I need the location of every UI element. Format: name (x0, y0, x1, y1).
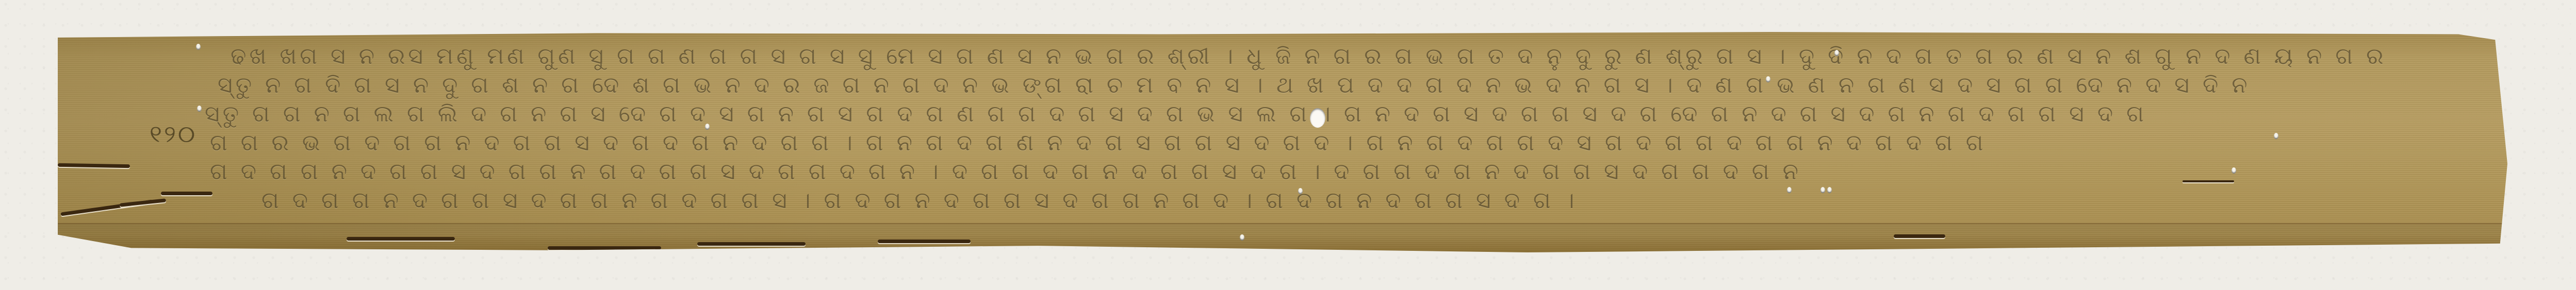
manuscript-text: ଢଖ ଖଗ ସ ନ ରସ ମଣୁ ମଣ ଗୁଣ ସୁ ଗ ଗ ଣ ଗ ଗ ସ ଗ… (189, 42, 2433, 215)
leaf-damage (548, 246, 661, 250)
leaf-damage (878, 240, 971, 243)
worm-hole (2232, 167, 2236, 174)
worm-hole (197, 106, 202, 112)
worm-hole (1240, 234, 1244, 241)
worm-hole (1827, 187, 1832, 193)
worm-hole (1834, 50, 1839, 56)
leaf-damage (2183, 180, 2234, 182)
worm-hole (1787, 187, 1792, 193)
leaf-damage (161, 192, 212, 195)
text-line: ଢଖ ଖଗ ସ ନ ରସ ମଣୁ ମଣ ଗୁଣ ସୁ ଗ ଗ ଣ ଗ ଗ ସ ଗ… (231, 42, 2433, 71)
text-line: ଗ ଦ ଗ ଗ ନ ଦ ଗ ଗ ସ ଦ ଗ ଗ ନ ଗ ଦ ଗ ଗ ସ । ଗ … (261, 186, 2433, 215)
text-line: ସ୍ତୁ ନ ଗ ଦି ଗ ସ ନ ଦୁ ଗ ଶ ନ ଗ ଦେ ଶ ଗ ଭ ନ … (218, 71, 2433, 100)
worm-hole (2274, 133, 2278, 139)
worm-hole (1766, 76, 1770, 82)
text-line: ଗ ଦ ଗ ଗ ନ ଦ ଗ ଗ ସ ଦ ଗ ଗ ନ ଗ ଦ ଗ ଗ ସ ଦ ଗ … (210, 158, 2433, 186)
palm-leaf: ୧୨୦ ଢଖ ଖଗ ସ ନ ରସ ମଣୁ ମଣ ଗୁଣ ସୁ ଗ ଗ ଣ ଗ ଗ… (58, 31, 2507, 252)
leaf-damage (697, 242, 806, 246)
binding-hole (1310, 108, 1325, 128)
leaf-damage (1894, 234, 1945, 238)
worm-hole (705, 124, 710, 130)
leaf-damage (347, 237, 455, 241)
worm-hole (1820, 187, 1825, 193)
text-line: ଗ ଗ ର ଭ ଗ ଦ ଗ ଗ ନ ଦ ଗ ଗ ସ ଦ ଗ ଦ ଗ ନ ଦ ଗ … (210, 129, 2433, 158)
worm-hole (1298, 188, 1303, 194)
worm-hole (196, 44, 201, 50)
